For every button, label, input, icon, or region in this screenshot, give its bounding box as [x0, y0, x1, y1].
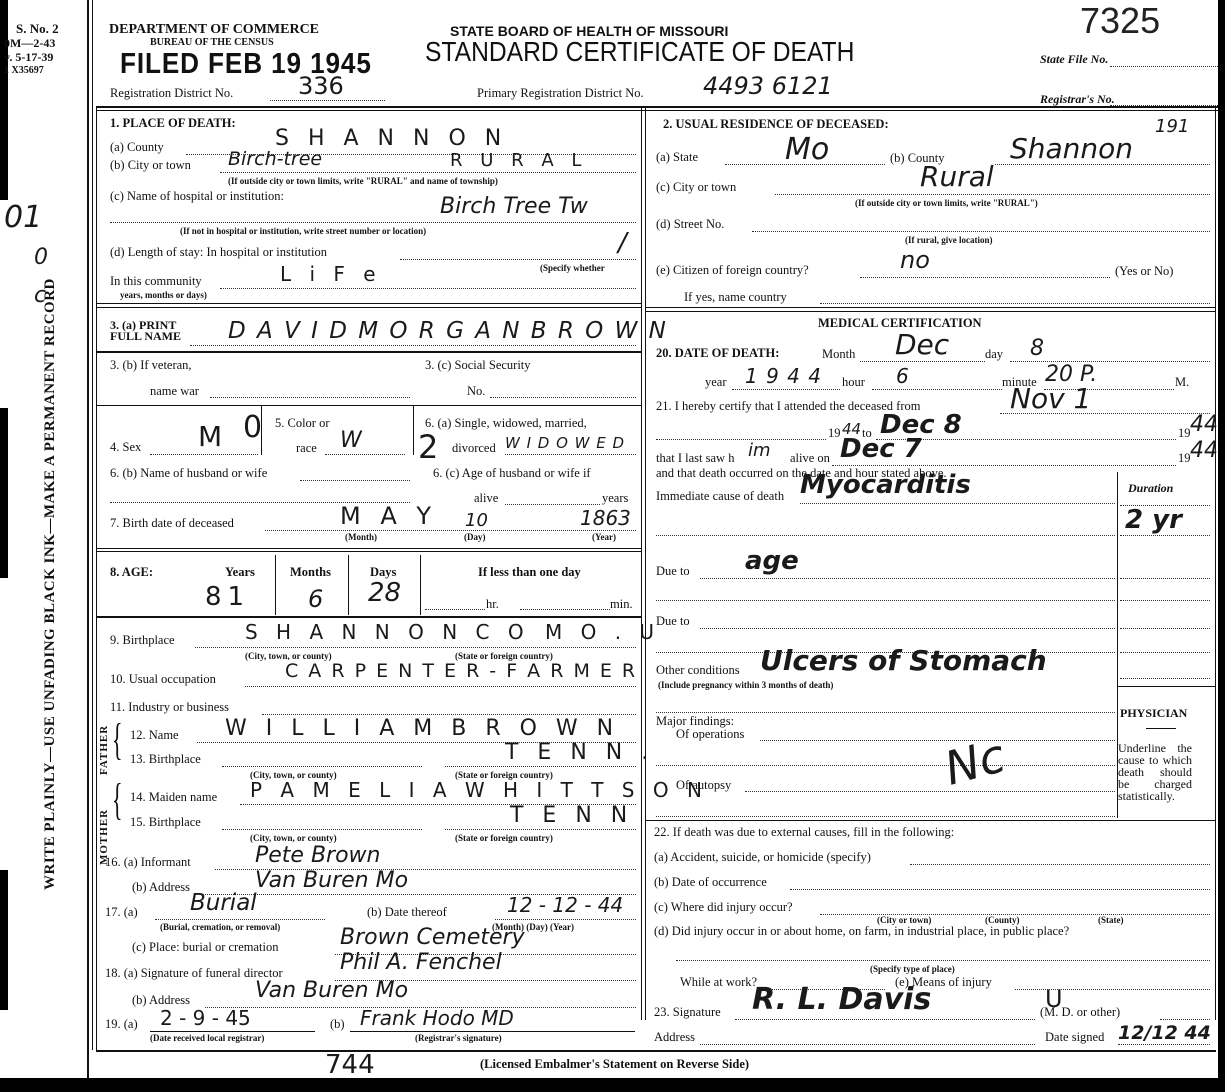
cell-divider — [348, 555, 349, 615]
signature-label: 23. Signature — [654, 1005, 721, 1020]
burial-place-field[interactable]: Brown Cemetery — [340, 925, 525, 950]
marital-label: 6. (a) Single, widowed, married, — [425, 416, 587, 431]
birthplace-state-field[interactable]: M O . U — [545, 620, 660, 644]
section-heading: 2. USUAL RESIDENCE OF DECEASED: — [663, 117, 889, 132]
received-label: 19. (a) — [105, 1017, 138, 1032]
physician-address-label: Address — [654, 1030, 695, 1045]
city-field[interactable]: Rural — [920, 160, 994, 193]
sex-label: 4. Sex — [110, 440, 141, 455]
while-at-work-label: While at work? — [680, 975, 757, 990]
city-field[interactable]: Birch-tree — [228, 148, 322, 170]
brace-icon: { — [112, 778, 123, 822]
occurrence-date-label: (b) Date of occurrence — [654, 875, 767, 890]
years-label: years — [602, 491, 628, 506]
mother-name-field[interactable]: P A M E L I A W H I T T S O N — [250, 778, 708, 802]
department-name: DEPARTMENT OF COMMERCE — [109, 22, 319, 38]
reg-district-value: 336 — [298, 72, 344, 100]
received-date-field[interactable]: 2 - 9 - 45 — [160, 1006, 251, 1030]
citizen-field[interactable]: no — [900, 246, 930, 274]
dotted-line — [820, 303, 1210, 304]
month-label: Month — [822, 347, 855, 362]
findings-mark: Nc — [939, 728, 1011, 796]
burial-place-label: (c) Place: burial or cremation — [132, 940, 278, 955]
dotted-line — [155, 919, 325, 920]
death-month-field[interactable]: Dec — [895, 328, 949, 361]
state-field[interactable]: Mo — [785, 132, 829, 167]
form-border-left — [96, 108, 97, 1050]
dotted-line — [150, 454, 258, 455]
year-prefix: 19 — [1178, 451, 1191, 466]
divider — [96, 106, 1220, 108]
dotted-line — [860, 361, 985, 362]
last-saw-label: that I last saw h — [656, 451, 734, 466]
immediate-cause-label: Immediate cause of death — [656, 489, 784, 504]
hr-label: hr. — [486, 597, 499, 612]
other-conditions-label: Other conditions — [656, 663, 740, 678]
field-note: (Include pregnancy within 3 months of de… — [658, 680, 833, 690]
dotted-line — [1120, 578, 1210, 579]
last-seen-alive-field[interactable]: Dec 7 — [840, 434, 922, 464]
dotted-line — [1010, 361, 1210, 362]
embalmer-number: 744 — [325, 1050, 375, 1080]
birthplace-label: 9. Birthplace — [110, 633, 175, 648]
physician-note: Underline the cause to which death shoul… — [1118, 742, 1192, 802]
dotted-line — [656, 765, 1115, 766]
divider — [96, 351, 641, 353]
autopsy-label: Of autopsy — [676, 778, 731, 793]
mother-birthplace-label: 15. Birthplace — [130, 815, 201, 830]
dotted-line — [910, 864, 1210, 865]
page-title: STANDARD CERTIFICATE OF DEATH — [425, 36, 854, 68]
revision: v. 5-17-39 — [4, 50, 59, 64]
father-birthplace-label: 13. Birthplace — [130, 752, 201, 767]
father-side-label: FATHER — [98, 725, 110, 775]
dotted-line — [520, 609, 610, 610]
operations-label: Of operations — [676, 727, 744, 742]
cell-divider — [413, 405, 414, 455]
field-note: (State or foreign country) — [455, 833, 553, 843]
divider — [96, 303, 641, 304]
age-label: 8. AGE: — [110, 565, 153, 580]
signature-line — [150, 1031, 315, 1032]
industry-label: 11. Industry or business — [110, 700, 229, 715]
registrar-label: (b) — [330, 1017, 345, 1032]
dotted-line — [800, 503, 1115, 504]
margin-note: 01 — [4, 200, 42, 235]
year-prefix: 19 — [1178, 426, 1191, 441]
injury-location-label: (c) Where did injury occur? — [654, 900, 793, 915]
dotted-line — [1120, 678, 1210, 679]
informant-address-field[interactable]: Van Buren Mo — [255, 868, 408, 893]
birth-year-field[interactable]: 1863 — [580, 506, 631, 530]
dotted-line — [190, 345, 636, 346]
death-date-label: 20. DATE OF DEATH: — [656, 346, 779, 361]
birth-date-label: 7. Birth date of deceased — [110, 516, 234, 531]
dotted-line — [262, 714, 636, 715]
physician-signature[interactable]: R. L. Davis — [752, 982, 931, 1017]
field-note: years, months or days) — [120, 290, 207, 300]
form-number: S. No. 2 — [16, 22, 59, 36]
divider — [1146, 728, 1176, 729]
dotted-line — [220, 172, 636, 173]
dotted-line — [676, 960, 1210, 961]
field-note: (If rural, give location) — [905, 235, 992, 245]
dotted-line — [700, 628, 1115, 629]
day-label: day — [985, 347, 1003, 362]
dotted-line — [752, 231, 1210, 232]
min-label: min. — [610, 597, 633, 612]
dotted-line — [735, 1019, 1035, 1020]
date-signed-field[interactable]: 12/12 44 — [1118, 1022, 1211, 1044]
dotted-line — [732, 389, 840, 390]
age-years-field[interactable]: 81 — [205, 582, 250, 612]
center-divider — [645, 108, 646, 1020]
dotted-line — [872, 389, 1002, 390]
form-border-right — [1215, 108, 1216, 1020]
divider — [96, 548, 641, 549]
dotted-line — [505, 454, 636, 455]
dotted-line — [490, 397, 636, 398]
dotted-line — [265, 530, 636, 531]
dotted-line — [495, 919, 636, 920]
county-label: (a) County — [110, 140, 164, 155]
death-day-field[interactable]: 8 — [1030, 336, 1044, 361]
state-file-value: 7325 — [1080, 0, 1160, 42]
dotted-line — [222, 766, 422, 767]
cell-divider — [261, 405, 262, 455]
dotted-line — [760, 740, 1115, 741]
divider — [96, 1050, 1216, 1052]
field-note: (Year) — [592, 532, 616, 542]
dotted-line — [245, 686, 636, 687]
dotted-line — [300, 480, 410, 481]
county-field[interactable]: Shannon — [1010, 132, 1133, 165]
field-note: (Day) — [464, 532, 486, 542]
dotted-line — [1118, 1044, 1210, 1045]
due-to-label: Due to — [656, 614, 690, 629]
field-note: (Yes or No) — [1115, 264, 1173, 279]
community-field[interactable]: L i F e — [280, 262, 382, 286]
immediate-cause-field[interactable]: Myocarditis — [800, 470, 971, 500]
injury-place-type-label: (d) Did injury occur in or about home, o… — [654, 924, 1069, 939]
scan-edge — [1218, 0, 1225, 1092]
field-note: (Specify whether — [540, 263, 605, 273]
divider — [645, 307, 1215, 308]
marital-mark: 2 — [418, 428, 438, 466]
full-name-label-line2: FULL NAME — [110, 331, 181, 342]
external-causes-heading: 22. If death was due to external causes,… — [654, 825, 954, 840]
year-label: year — [705, 375, 727, 390]
scan-edge — [0, 870, 8, 1010]
field-note: (City, town, or county) — [250, 833, 337, 843]
dotted-line — [445, 829, 636, 830]
registrars-no-label: Registrar's No. — [1040, 92, 1115, 107]
death-hour-field[interactable]: 6 — [896, 364, 909, 388]
physician-heading: PHYSICIAN — [1120, 706, 1187, 721]
dotted-line — [656, 600, 1115, 601]
occupation-field[interactable]: C A R P E N T E R - F A R M E R — [285, 660, 637, 682]
primary-reg-value: 4493 6121 — [703, 72, 833, 100]
dotted-line — [445, 766, 636, 767]
stay-label: (d) Length of stay: In hospital or insti… — [110, 245, 327, 260]
dotted-line — [1120, 600, 1210, 601]
hospital-field[interactable]: Birch Tree Tw — [440, 194, 588, 219]
hour-label: hour — [842, 375, 865, 390]
race-label: race — [296, 441, 317, 456]
dotted-line — [400, 259, 636, 260]
bureau-name: BUREAU OF THE CENSUS — [150, 37, 274, 48]
spouse-label: 6. (b) Name of husband or wife — [110, 466, 267, 481]
field-note: (State) — [1098, 915, 1124, 925]
print-run: 0M—2-43 — [4, 36, 59, 50]
death-year-field[interactable]: 1 9 4 4 — [745, 364, 822, 388]
duration-column-divider — [1117, 472, 1118, 714]
dotted-line — [1120, 628, 1210, 629]
war-label: name war — [150, 384, 199, 399]
border-line — [92, 0, 93, 1050]
pronoun-field[interactable]: im — [748, 440, 771, 461]
color-label: 5. Color or — [275, 416, 330, 431]
dotted-line — [270, 100, 385, 101]
dotted-line — [505, 504, 600, 505]
field-note: (Specify type of place) — [870, 964, 955, 974]
date-signed-label: Date signed — [1045, 1030, 1104, 1045]
corner-note: 191 — [1155, 116, 1189, 137]
months-header: Months — [290, 565, 331, 580]
dotted-line — [195, 647, 636, 648]
scan-edge — [0, 1078, 1225, 1092]
field-note: (If not in hospital or institution, writ… — [180, 226, 426, 236]
last-seen-year-field[interactable]: 44 — [1190, 438, 1218, 463]
signature-line — [350, 1031, 635, 1032]
disposition-label: 17. (a) — [105, 905, 138, 920]
duration-header: Duration — [1128, 481, 1173, 496]
dotted-line — [775, 194, 1210, 195]
state-file-label: State File No. — [1040, 52, 1108, 67]
attended-to-year-field[interactable]: 44 — [1190, 412, 1218, 437]
age-days-field[interactable]: 28 — [368, 578, 401, 608]
father-birthplace-field[interactable]: T E N N . — [505, 740, 654, 765]
informant-label: 16. (a) Informant — [105, 855, 191, 870]
hospital-label: (c) Name of hospital or institution: — [110, 189, 284, 204]
marital-field[interactable]: W I D O W E D — [505, 434, 625, 452]
divider — [96, 551, 641, 552]
md-label: (M. D. or other) — [1040, 1005, 1120, 1020]
primary-reg-label: Primary Registration District No. — [477, 86, 644, 101]
embalmer-note: (Licensed Embalmer's Statement on Revers… — [480, 1057, 749, 1072]
attended-from-field[interactable]: Nov 1 — [1010, 382, 1091, 415]
informant-field[interactable]: Pete Brown — [255, 843, 381, 868]
ss-no-label: No. — [467, 384, 485, 399]
divider — [96, 110, 1220, 111]
scan-edge — [0, 408, 8, 578]
field-note: (If outside city or town limits, write "… — [228, 176, 498, 186]
dotted-line — [1110, 66, 1220, 67]
burial-date-label: (b) Date thereof — [367, 905, 447, 920]
country-label: If yes, name country — [684, 290, 787, 305]
street-label: (d) Street No. — [656, 217, 724, 232]
cell-divider — [275, 555, 276, 615]
city-label: (c) City or town — [656, 180, 736, 195]
divider — [96, 405, 641, 406]
divider — [1117, 686, 1215, 687]
sex-field[interactable]: M — [198, 420, 222, 453]
divorced-label: divorced — [452, 441, 496, 456]
spouse-age-label: 6. (c) Age of husband or wife if — [433, 466, 591, 481]
mother-birthplace-field[interactable]: T E N N — [510, 803, 633, 828]
field-note: (Date received local registrar) — [150, 1033, 264, 1043]
divider — [96, 307, 641, 308]
birth-day-field[interactable]: 10 — [465, 510, 488, 531]
funeral-director-signature[interactable]: Phil A. Fenchel — [340, 950, 502, 975]
dotted-line — [860, 277, 1110, 278]
center-divider — [641, 108, 642, 1020]
duration-field[interactable]: 2 yr — [1125, 505, 1182, 535]
section-heading: 1. PLACE OF DEATH: — [110, 116, 236, 131]
year-prefix: 19 — [828, 426, 841, 441]
divider — [645, 311, 1215, 312]
father-name-field[interactable]: W I L L I A M B R O W N — [225, 716, 619, 741]
dotted-line — [656, 439, 826, 440]
field-note: (If outside city or town limits, write "… — [855, 198, 1038, 208]
stay-hospital-field[interactable]: / — [618, 228, 627, 258]
due-to-label: Due to — [656, 564, 690, 579]
birth-month-field[interactable]: M A Y — [340, 502, 437, 530]
ss-label: 3. (c) Social Security — [425, 358, 531, 373]
dotted-line — [700, 1044, 1035, 1045]
mother-name-label: 14. Maiden name — [130, 790, 217, 805]
dotted-line — [790, 889, 1210, 890]
citizen-label: (e) Citizen of foreign country? — [656, 263, 809, 278]
age-months-field[interactable]: 6 — [308, 585, 323, 613]
divider — [645, 820, 1215, 821]
field-note: (Burial, cremation, or removal) — [160, 922, 280, 932]
full-name-field[interactable]: D A V I D M O R G A N B R O W N — [228, 318, 668, 344]
dotted-line — [220, 288, 636, 289]
sex-mark: 0 — [243, 410, 262, 445]
veteran-label: 3. (b) If veteran, — [110, 358, 192, 373]
border-line — [87, 0, 89, 1092]
dotted-line — [1120, 535, 1210, 536]
full-name-label: 3. (a) PRINT FULL NAME — [110, 320, 181, 342]
vertical-instruction: WRITE PLAINLY—USE UNFADING BLACK INK—MAK… — [42, 130, 59, 890]
dotted-line — [1120, 652, 1210, 653]
dotted-line — [700, 578, 1115, 579]
am-pm-suffix: M. — [1175, 375, 1189, 390]
brace-icon: { — [112, 718, 123, 762]
dotted-line — [425, 609, 485, 610]
birthplace-city-field[interactable]: S H A N N O N C O — [245, 620, 530, 644]
dotted-line — [110, 222, 636, 223]
disposition-field[interactable]: Burial — [190, 890, 257, 916]
registrar-signature[interactable]: Frank Hodo MD — [360, 1006, 514, 1030]
city-label: (b) City or town — [110, 158, 191, 173]
dotted-line — [656, 816, 1115, 817]
alive-label: alive — [474, 491, 498, 506]
director-address-field[interactable]: Van Buren Mo — [255, 978, 408, 1003]
state-label: (a) State — [656, 150, 698, 165]
dotted-line — [656, 535, 1115, 536]
field-note: (Registrar's signature) — [415, 1033, 502, 1043]
due-to-field-1[interactable]: age — [745, 546, 799, 576]
dotted-line — [745, 791, 1115, 792]
years-header: Years — [225, 565, 255, 580]
race-field[interactable]: W — [340, 428, 362, 453]
divider — [96, 616, 641, 618]
cell-divider — [420, 555, 421, 615]
reg-district-label: Registration District No. — [110, 86, 233, 101]
dotted-line — [1160, 1019, 1210, 1020]
other-conditions-field[interactable]: Ulcers of Stomach — [760, 644, 1047, 677]
burial-date-field[interactable]: 12 - 12 - 44 — [507, 893, 623, 917]
community-label: In this community — [110, 274, 202, 289]
father-name-label: 12. Name — [130, 728, 179, 743]
margin-info: S. No. 2 0M—2-43 v. 5-17-39 1 X35697 — [4, 22, 59, 78]
dotted-line — [656, 712, 1115, 713]
dotted-line — [325, 454, 405, 455]
field-note: (Month) — [345, 532, 377, 542]
alive-on-label: alive on — [790, 451, 830, 466]
occupation-label: 10. Usual occupation — [110, 672, 216, 687]
dotted-line — [210, 397, 410, 398]
accident-label: (a) Accident, suicide, or homicide (spec… — [654, 850, 871, 865]
city-field-rural[interactable]: R U R A L — [450, 150, 587, 171]
informant-address-label: (b) Address — [132, 880, 190, 895]
less-than-day-header: If less than one day — [478, 565, 581, 580]
dotted-line — [222, 829, 422, 830]
form-code: 1 X35697 — [4, 64, 59, 78]
